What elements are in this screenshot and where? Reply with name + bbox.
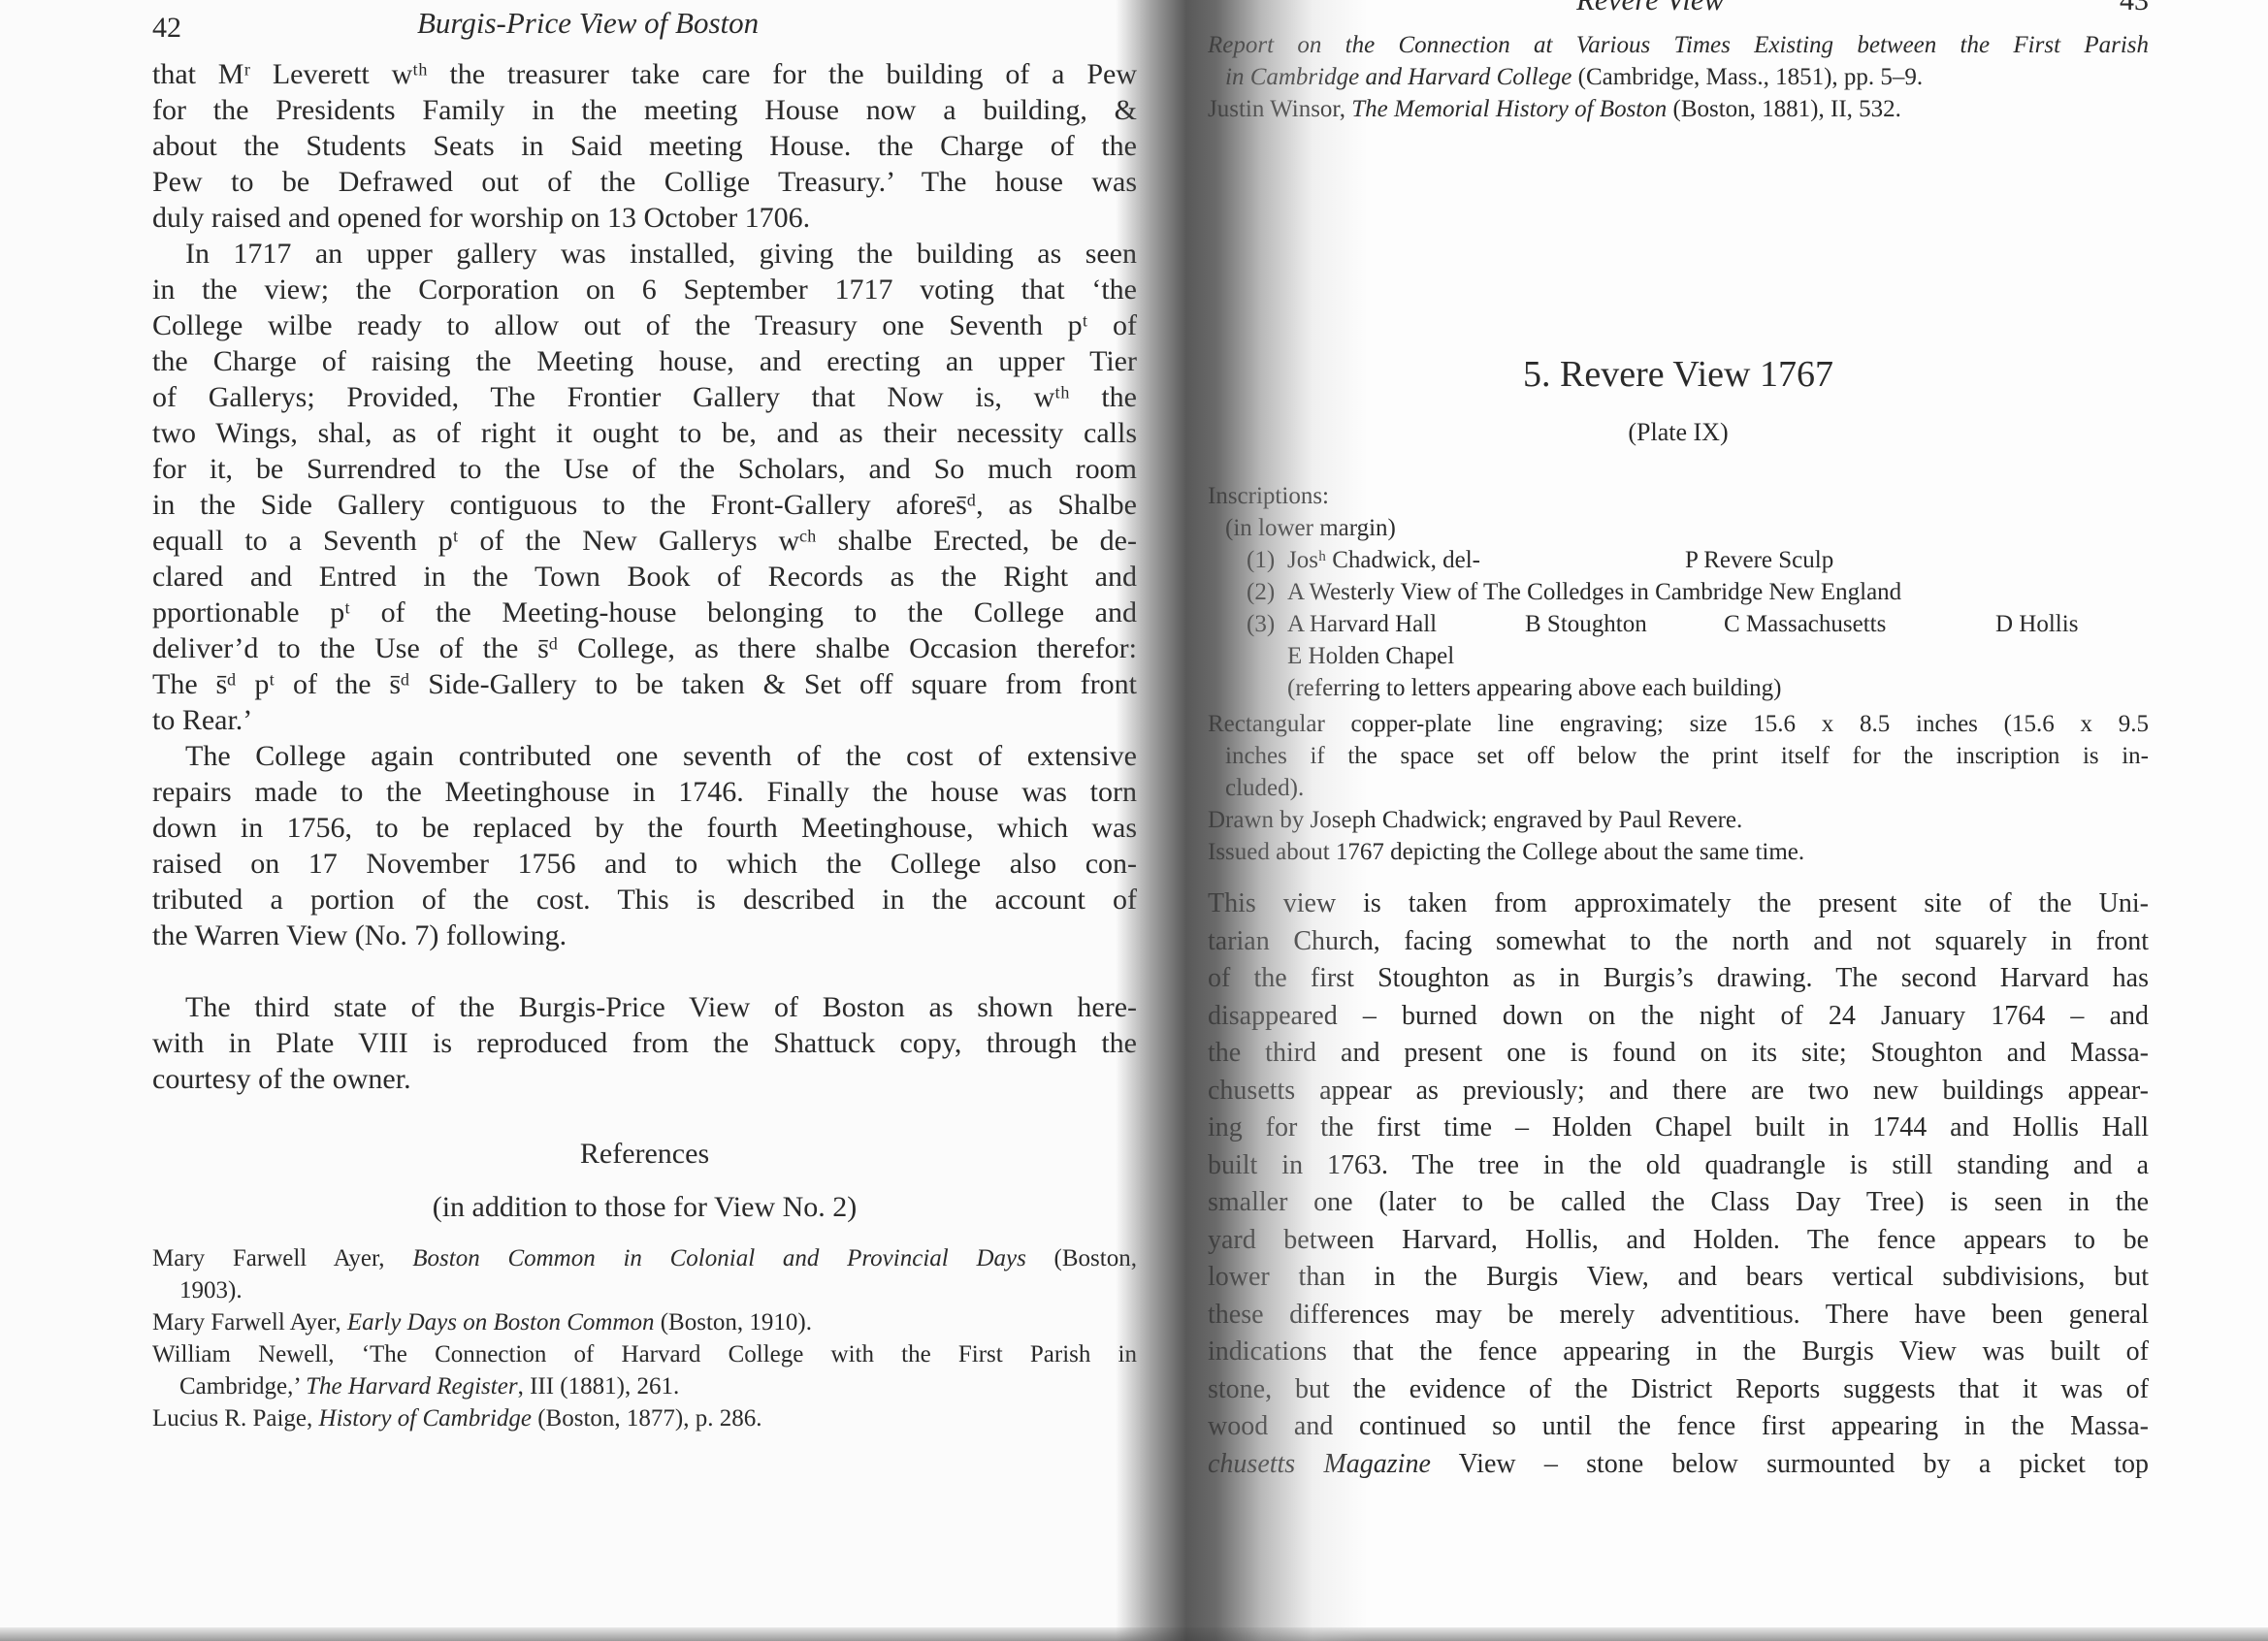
inscriptions: Inscriptions: (in lower margin) (1)Josʰ … <box>1208 480 2149 704</box>
text-line: courtesy of the owner. <box>152 1061 1137 1097</box>
reference-item: Lucius R. Paige, History of Cambridge (B… <box>152 1402 1137 1434</box>
running-head-right: Revere View <box>1576 0 1724 17</box>
references-heading: References <box>152 1136 1137 1172</box>
inscription-item-1: (1)Josʰ Chadwick, del-P Revere Sculp <box>1208 544 2149 576</box>
reference-item: Mary Farwell Ayer, Boston Common in Colo… <box>152 1242 1137 1306</box>
ref-author: Lucius R. Paige, <box>152 1405 319 1432</box>
text-line: repairs made to the Meetinghouse in 1746… <box>152 774 1137 810</box>
text-line: College wilbe ready to allow out of the … <box>152 307 1137 343</box>
text-line: these differences may be merely adventit… <box>1208 1297 2149 1335</box>
right-body: Report on the Connection at Various Time… <box>1208 29 2149 1483</box>
page-number-right: 43 <box>2120 0 2149 17</box>
text-line: the Warren View (No. 7) following. <box>152 917 1137 953</box>
reference-item: William Newell, ‘The Connection of Harva… <box>152 1338 1137 1402</box>
ref-publication: , III (1881), 261. <box>518 1373 680 1400</box>
ref-publication: (Boston, 1877), p. 286. <box>532 1405 762 1432</box>
paragraph-4: The third state of the Burgis-Price View… <box>152 989 1137 1097</box>
text-line: Pew to be Defrawed out of the Collige Tr… <box>152 164 1137 200</box>
ref-continuation: in Cambridge and Harvard College (Cambri… <box>1208 61 2149 93</box>
ref-title: History of Cambridge <box>319 1405 532 1432</box>
paragraph-1: that Mʳ Leverett wᵗʰ the treasurer take … <box>152 56 1137 236</box>
inscriptions-sub: (in lower margin) <box>1208 512 2149 544</box>
text-line: of the first Stoughton as in Burgis’s dr… <box>1208 960 2149 998</box>
text-line: built in 1763. The tree in the old quadr… <box>1208 1147 2149 1185</box>
text-line: for the Presidents Family in the meeting… <box>152 92 1137 128</box>
text-line: in the Side Gallery contiguous to the Fr… <box>152 487 1137 523</box>
text-line: in the view; the Corporation on 6 Septem… <box>152 272 1137 307</box>
ref-title: Boston Common in Colonial and Provincial… <box>412 1245 1026 1271</box>
left-page: 42 Burgis-Price View of Boston that Mʳ L… <box>0 0 1164 1641</box>
section-title: 5. Revere View 1767 <box>1208 358 2149 391</box>
text-line: pportionable pᵗ of the Meeting-house bel… <box>152 595 1137 630</box>
text-line: equall to a Seventh pᵗ of the New Galler… <box>152 523 1137 559</box>
running-head-left: Burgis-Price View of Boston <box>417 6 759 41</box>
reference-item: Justin Winsor, The Memorial History of B… <box>1208 93 2149 125</box>
text-line: lower than in the Burgis View, and bears… <box>1208 1259 2149 1297</box>
text-line: indications that the fence appearing in … <box>1208 1334 2149 1371</box>
ref-author: Mary Farwell Ayer, <box>152 1245 412 1271</box>
ref-continuation: 1903). <box>152 1274 1137 1306</box>
text-line: yard between Harvard, Hollis, and Holden… <box>1208 1222 2149 1260</box>
ref-title: The Harvard Register <box>306 1373 518 1400</box>
text-line: chusetts Magazine View – stone below sur… <box>1208 1446 2149 1484</box>
left-body: that Mʳ Leverett wᵗʰ the treasurer take … <box>152 56 1137 1434</box>
text-line: that Mʳ Leverett wᵗʰ the treasurer take … <box>152 56 1137 92</box>
text-line: smaller one (later to be called the Clas… <box>1208 1184 2149 1222</box>
text-line: for it, be Surrendred to the Use of the … <box>152 451 1137 487</box>
scan-bottom-edge <box>0 1627 2268 1641</box>
ref-publication: (Boston, <box>1026 1245 1137 1271</box>
ref-author: Mary Farwell Ayer, <box>152 1309 347 1335</box>
text-line: Rectangular copper-plate line engraving;… <box>1208 708 2149 740</box>
text-line: The s̄ᵈ pᵗ of the s̄ᵈ Side-Gallery to be… <box>152 666 1137 702</box>
text-line: with in Plate VIII is reproduced from th… <box>152 1025 1137 1061</box>
ref-title: Early Days on Boston Common <box>347 1309 655 1335</box>
text-line: the Charge of raising the Meeting house,… <box>152 343 1137 379</box>
text-line: The third state of the Burgis-Price View… <box>152 989 1137 1025</box>
text-line: tributed a portion of the cost. This is … <box>152 882 1137 917</box>
references-subheading: (in addition to those for View No. 2) <box>152 1189 1137 1225</box>
text-line: cluded). <box>1208 772 2149 804</box>
text-line: stone, but the evidence of the District … <box>1208 1371 2149 1409</box>
inscriptions-label: Inscriptions: <box>1208 480 2149 512</box>
text-line: wood and continued so until the fence fi… <box>1208 1408 2149 1446</box>
text-line: duly raised and opened for worship on 13… <box>152 200 1137 236</box>
references-list: Mary Farwell Ayer, Boston Common in Colo… <box>152 1242 1137 1434</box>
paragraph-3: The College again contributed one sevent… <box>152 738 1137 953</box>
inscription-item-3: (3)A Harvard HallB StoughtonC Massachuse… <box>1208 608 2149 640</box>
text-line: The College again contributed one sevent… <box>152 738 1137 774</box>
description: Rectangular copper-plate line engraving;… <box>1208 708 2149 868</box>
text-line: to Rear.’ <box>152 702 1137 738</box>
ref-author: William Newell, ‘The Connection of Harva… <box>152 1338 1137 1370</box>
text-line: about the Students Seats in Said meeting… <box>152 128 1137 164</box>
text-line: Drawn by Joseph Chadwick; engraved by Pa… <box>1208 804 2149 836</box>
inscription-item-2: (2)A Westerly View of The Colledges in C… <box>1208 576 2149 608</box>
inscription-item-3-cont: E Holden Chapel <box>1208 640 2149 672</box>
text-line: clared and Entred in the Town Book of Re… <box>152 559 1137 595</box>
text-line: ing for the first time – Holden Chapel b… <box>1208 1110 2149 1147</box>
reference-item: Mary Farwell Ayer, Early Days on Boston … <box>152 1306 1137 1338</box>
text-line: In 1717 an upper gallery was installed, … <box>152 236 1137 272</box>
plate-reference: (Plate IX) <box>1208 416 2149 449</box>
text-line: disappeared – burned down on the night o… <box>1208 998 2149 1036</box>
ref-continuation: Cambridge,’ <box>179 1373 306 1400</box>
text-line: chusetts appear as previously; and there… <box>1208 1073 2149 1110</box>
page-number-left: 42 <box>152 12 181 45</box>
text-line: the third and present one is found on it… <box>1208 1035 2149 1073</box>
body-paragraph: This view is taken from approximately th… <box>1208 885 2149 1483</box>
text-line: of Gallerys; Provided, The Frontier Gall… <box>152 379 1137 415</box>
text-line: inches if the space set off below the pr… <box>1208 740 2149 772</box>
text-line: This view is taken from approximately th… <box>1208 885 2149 923</box>
inscription-note: (referring to letters appearing above ea… <box>1208 672 2149 704</box>
text-line: tarian Church, facing somewhat to the no… <box>1208 923 2149 961</box>
text-line: deliver’d to the Use of the s̄ᵈ College,… <box>152 630 1137 666</box>
paragraph-2: In 1717 an upper gallery was installed, … <box>152 236 1137 738</box>
text-line: raised on 17 November 1756 and to which … <box>152 846 1137 882</box>
carryover-references: Report on the Connection at Various Time… <box>1208 29 2149 125</box>
text-line: down in 1756, to be replaced by the four… <box>152 810 1137 846</box>
text-line: two Wings, shal, as of right it ought to… <box>152 415 1137 451</box>
ref-publication: (Boston, 1910). <box>654 1309 812 1335</box>
text-line: Issued about 1767 depicting the College … <box>1208 836 2149 868</box>
ref-title: Report on the Connection at Various Time… <box>1208 29 2149 61</box>
